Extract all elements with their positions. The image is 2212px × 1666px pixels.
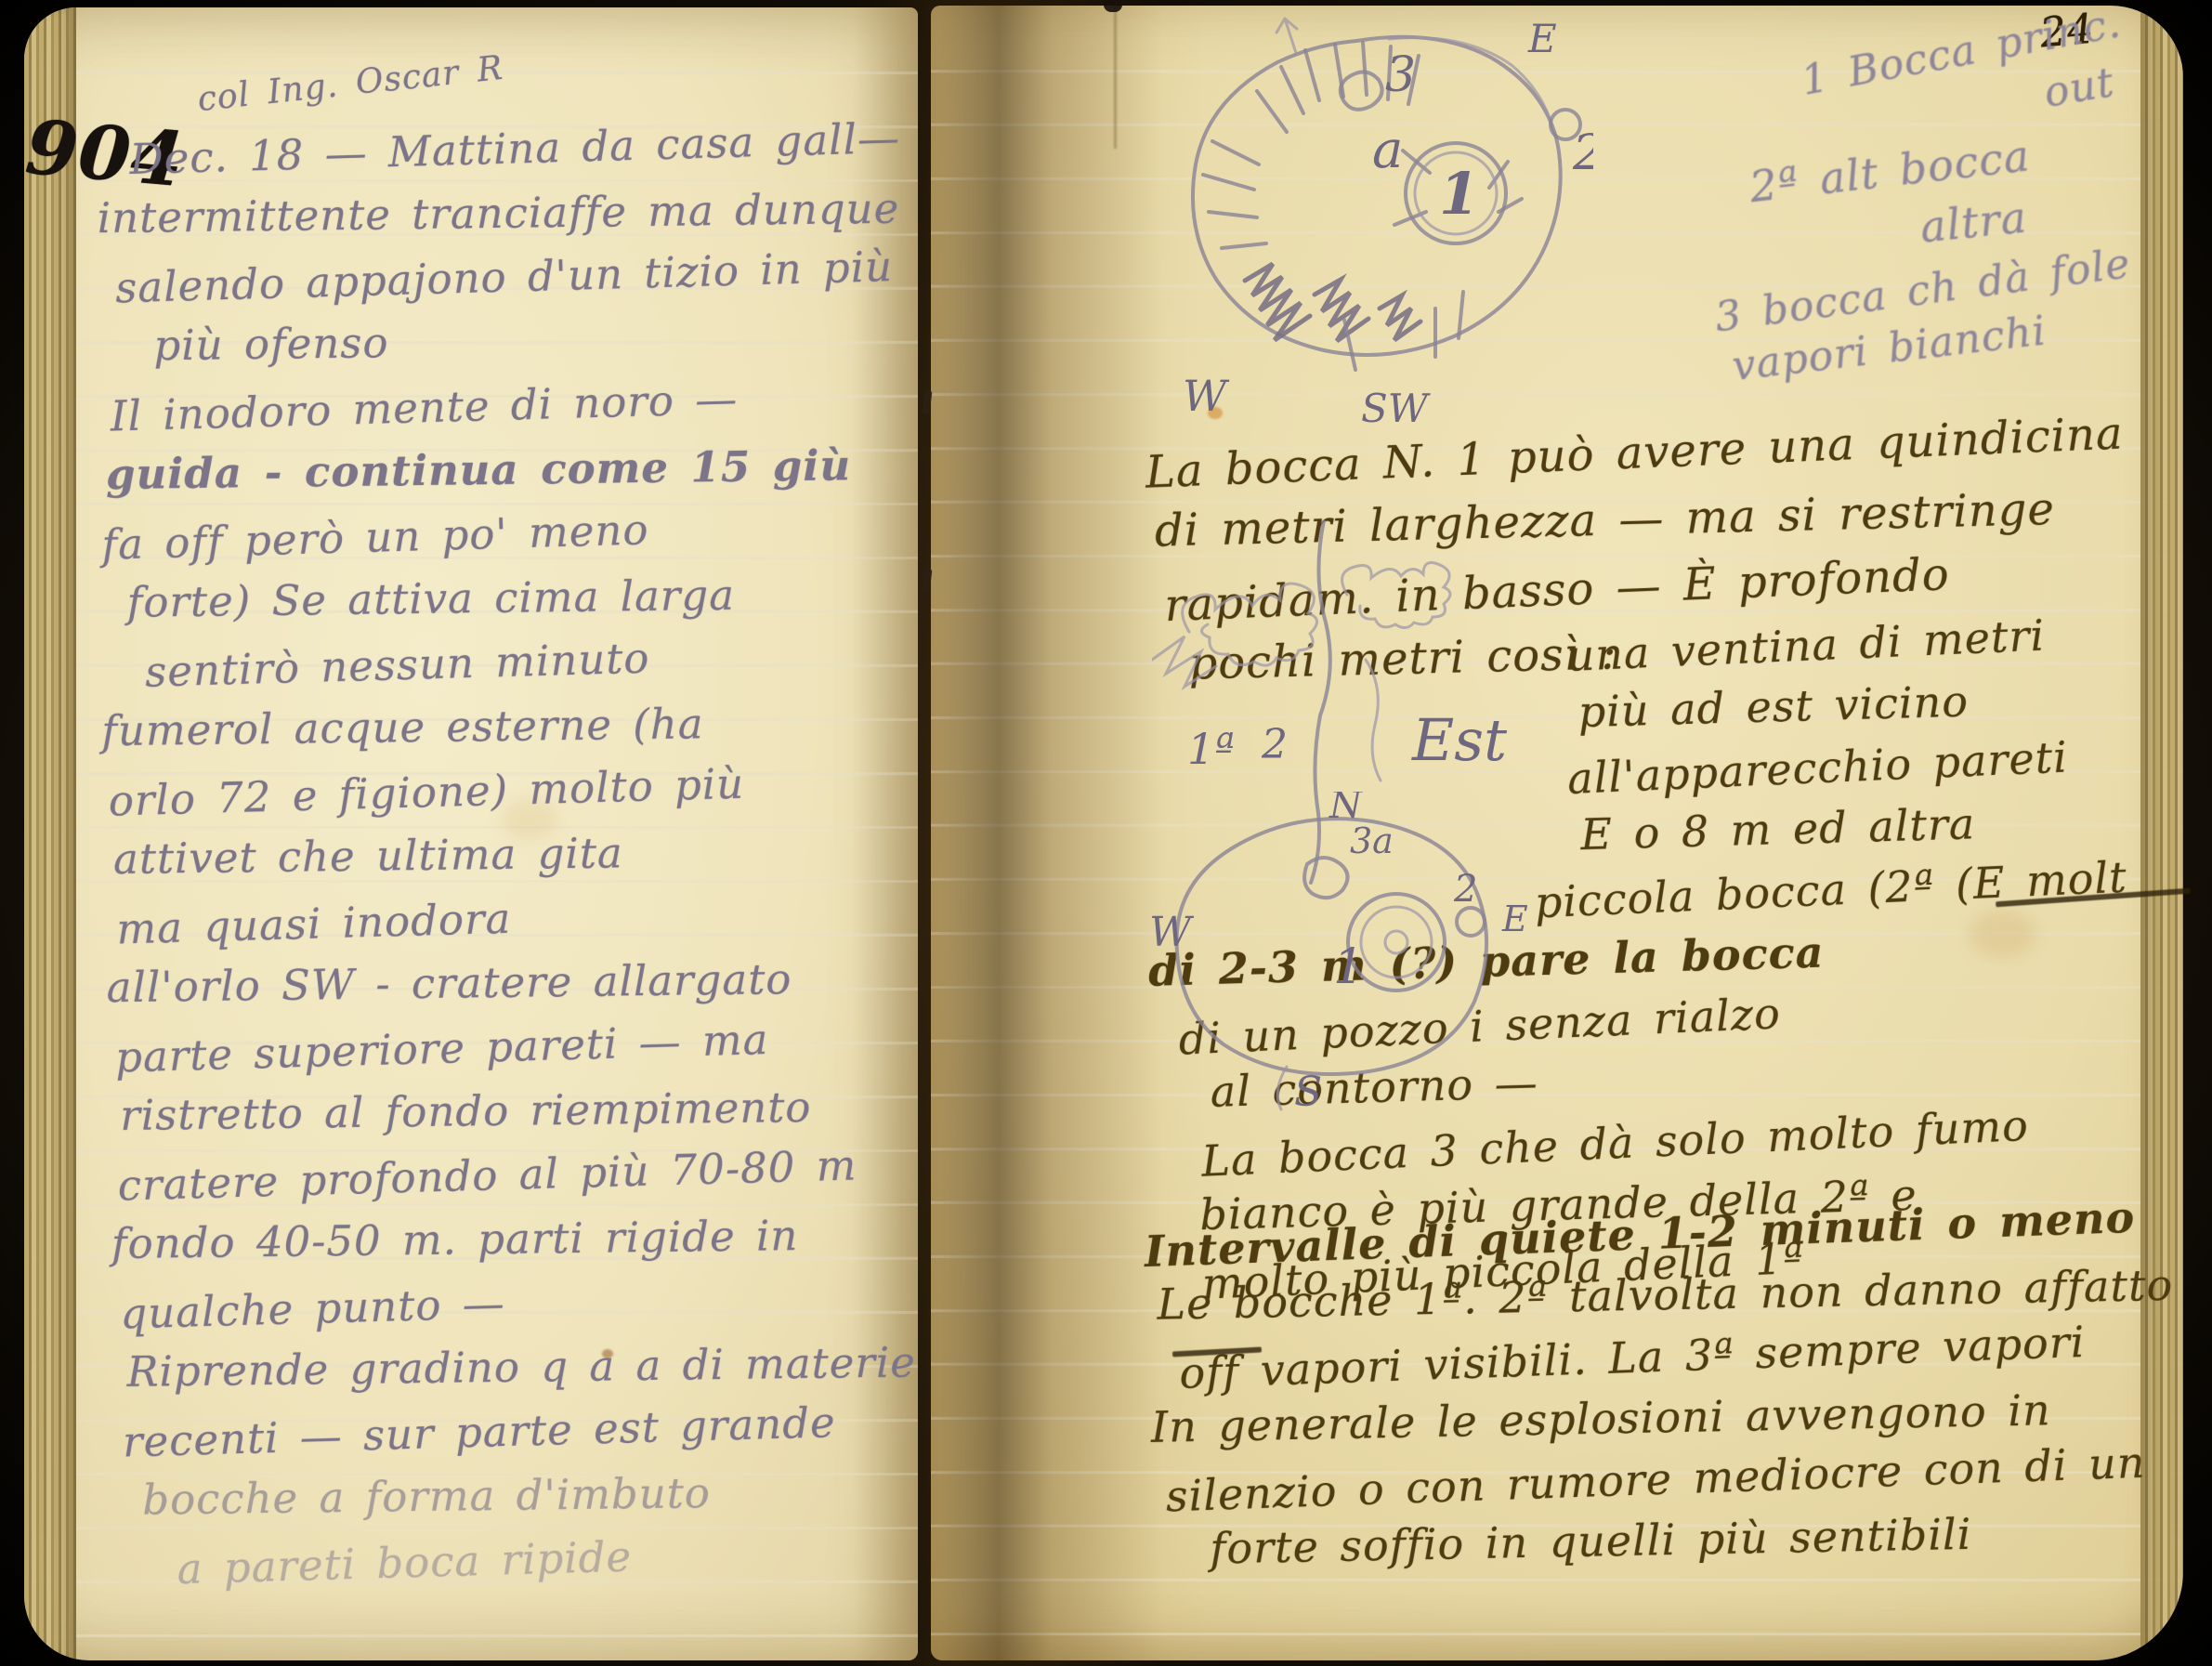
- sketch-label-south: S: [1294, 1069, 1322, 1112]
- notebook-scan: col Ing. Oscar R 904 Dec. 18 — Mattina d…: [0, 0, 2212, 1666]
- sketch-label-vent-1: 1: [1439, 160, 1479, 228]
- handwritten-line: altra: [1918, 187, 2039, 257]
- left-page-text-block: Dec. 18 — Mattina da casa gall—intermitt…: [90, 110, 908, 1599]
- sketch-label-vent-3: 3: [1385, 47, 1416, 103]
- sketch-label-section-1a: 1ª: [1187, 724, 1235, 774]
- sketch-label-vent-2: 2: [1453, 868, 1477, 911]
- sketch-label-east: E: [1501, 899, 1528, 939]
- sketch-label-vent-1: 1: [1333, 939, 1364, 995]
- sketch-label-southwest: SW: [1361, 386, 1432, 429]
- sketch-label-east: E: [1527, 16, 1557, 61]
- ink-text-block-bottom: Intervalle di quiete 1-2 minuti o menoLe…: [1144, 1188, 2212, 1584]
- sketch-label-section-2: 2: [1261, 721, 1288, 768]
- crater-sketch-top: 3 a 1 2 E W SW: [1157, 11, 1593, 429]
- sketch-label-a: a: [1372, 120, 1403, 180]
- sketch-label-vent-2: 2: [1572, 125, 1593, 181]
- binding-notch: [1104, 0, 1122, 12]
- sketch-label-vent-3a: 3a: [1350, 820, 1394, 861]
- sketch-label-west: W: [1183, 371, 1230, 421]
- fold-crease: [1114, 0, 1117, 149]
- crater-sketch-oval: N W S 3a 1 2 E: [1147, 792, 1547, 1112]
- sketch-label-west: W: [1149, 909, 1195, 956]
- page-edge-stack-left: [24, 7, 76, 1660]
- sketch-label-est: Est: [1411, 706, 1507, 774]
